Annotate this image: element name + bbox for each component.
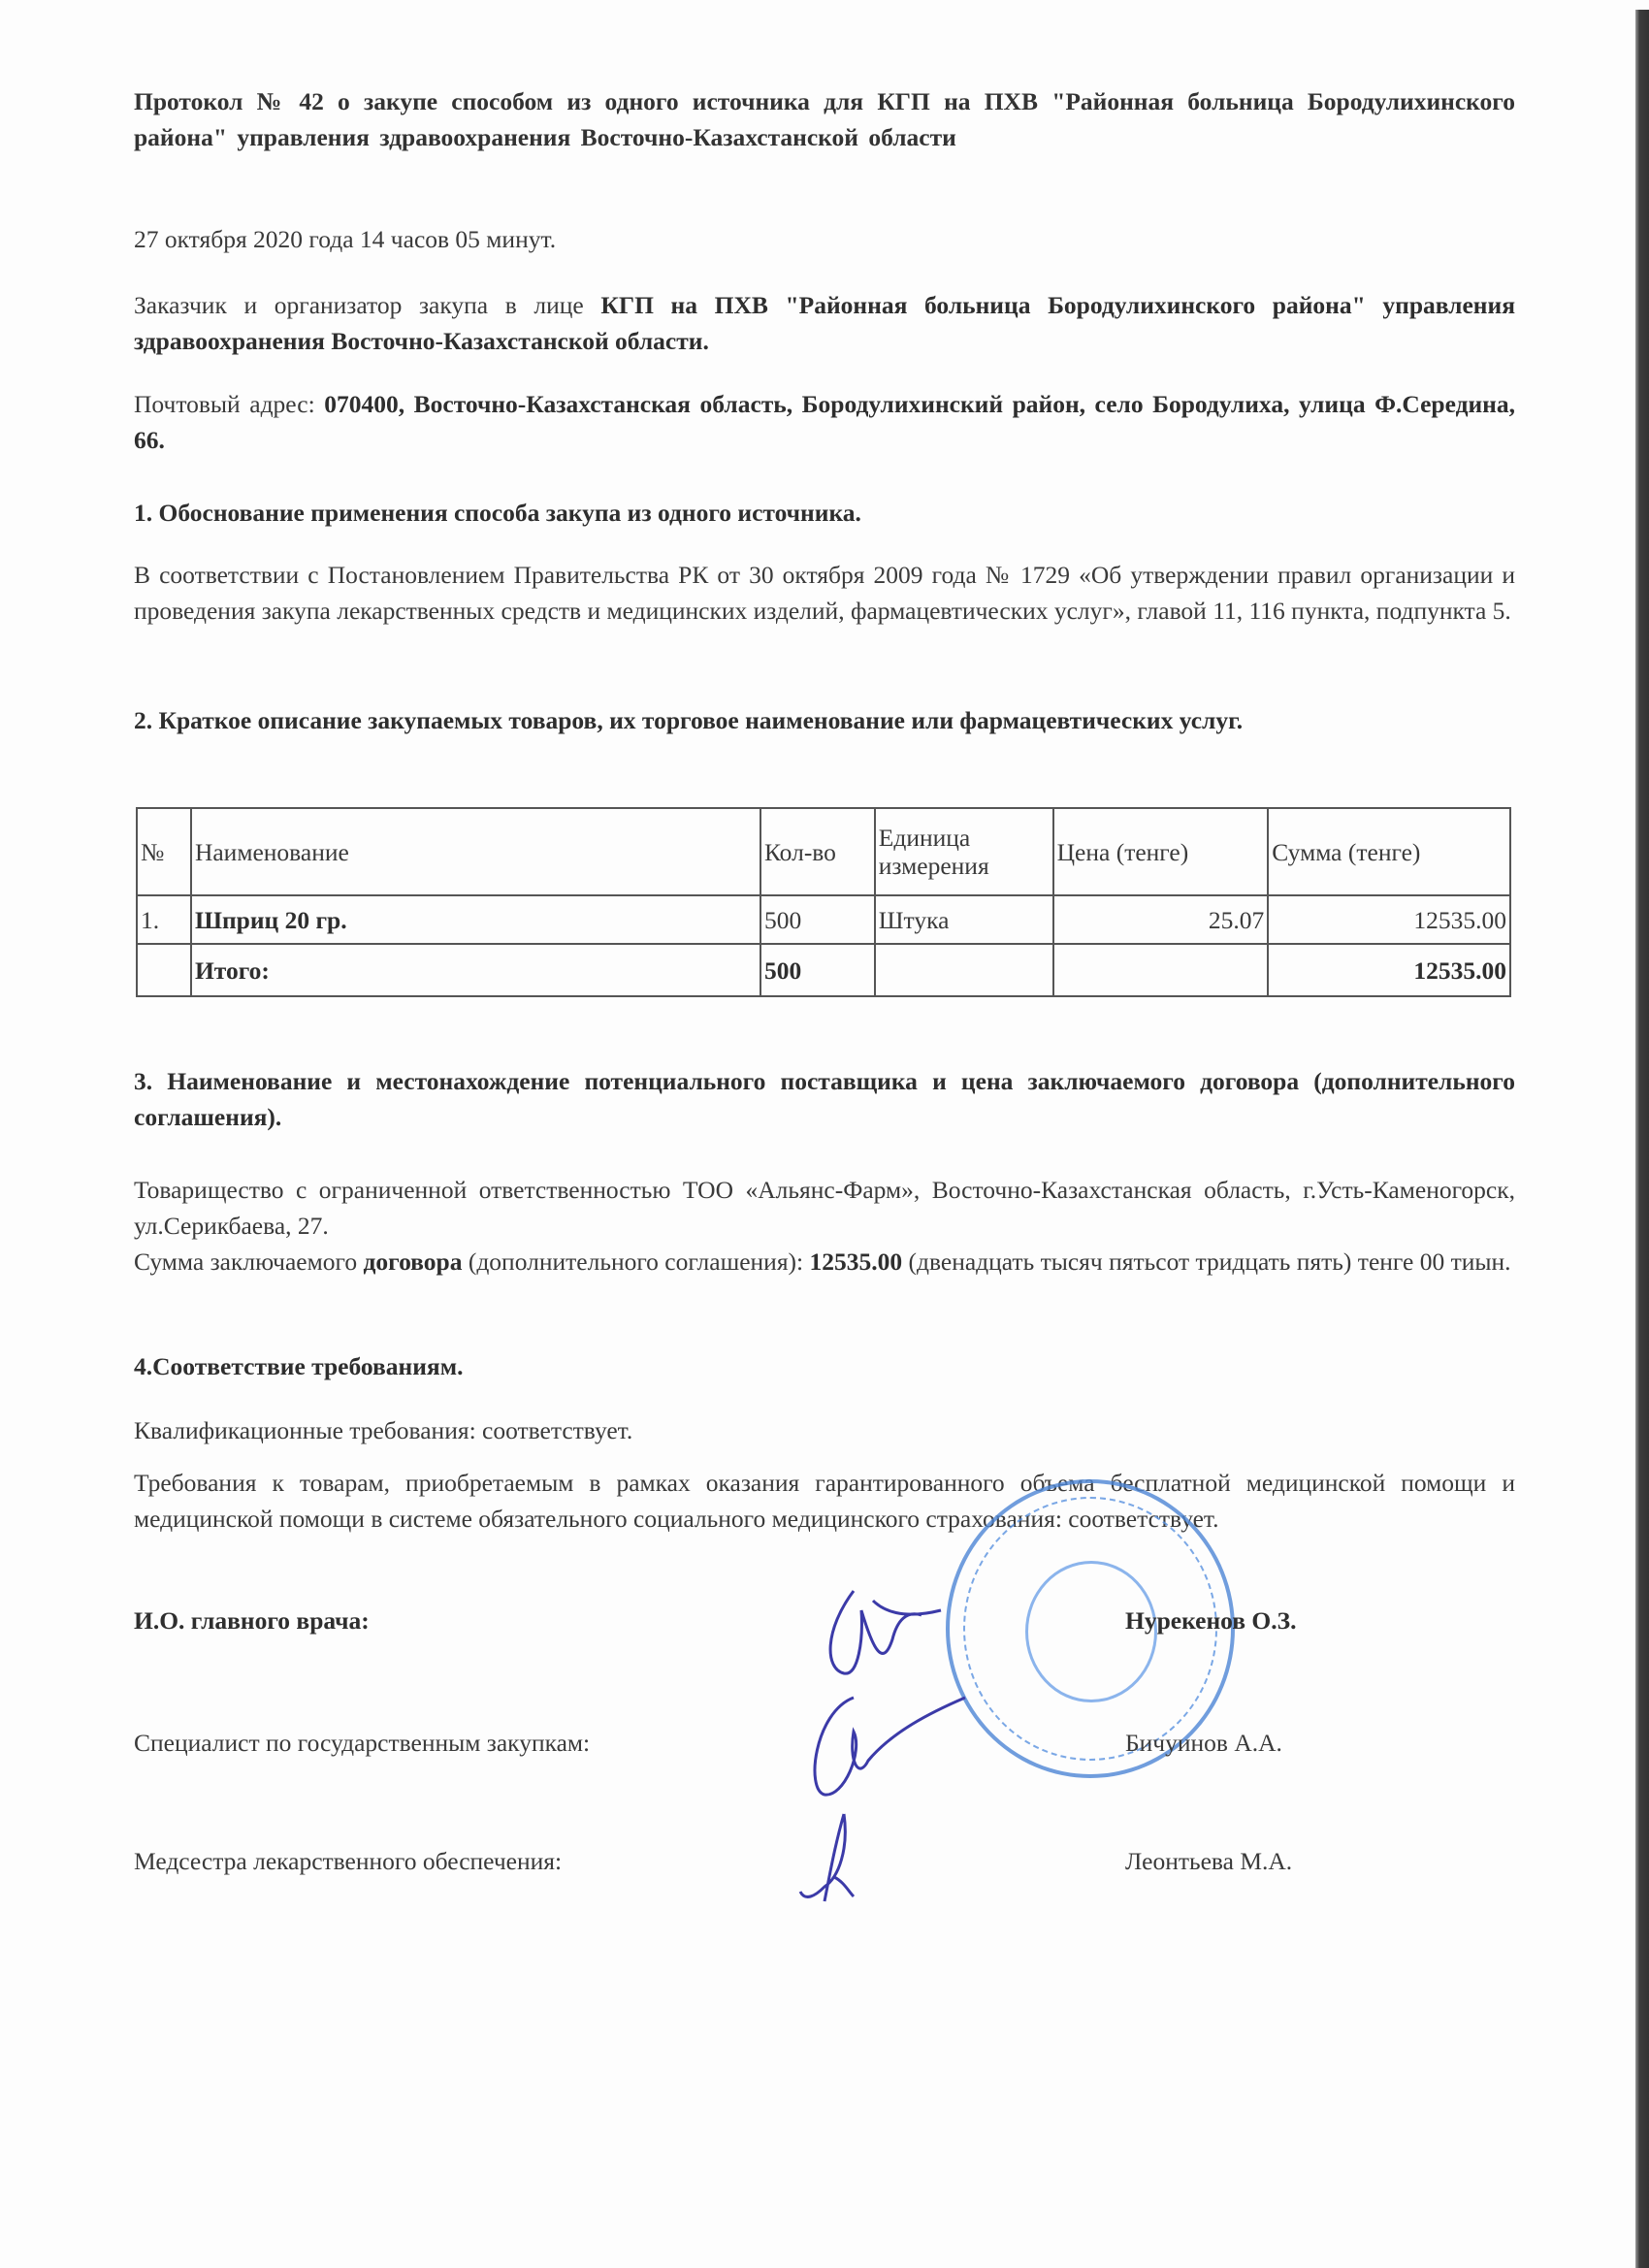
- sum-value: 12535.00: [810, 1247, 903, 1276]
- table-row: 1. Шприц 20 гр. 500 Штука 25.07 12535.00: [137, 895, 1510, 944]
- customer-paragraph: Заказчик и организатор закупа в лице КГП…: [134, 287, 1515, 359]
- cell-name: Шприц 20 гр.: [191, 895, 760, 944]
- address-paragraph: Почтовый адрес: 070400, Восточно-Казахст…: [134, 386, 1515, 458]
- address-value: 070400, Восточно-Казахстанская область, …: [134, 390, 1515, 454]
- section4-heading: 4.Соответствие требованиям.: [134, 1348, 1515, 1384]
- cell-no: 1.: [137, 895, 191, 944]
- table-header-row: № Наименование Кол-во Единица измерения …: [137, 808, 1510, 895]
- contract-sum-paragraph: Сумма заключаемого договора (дополнитель…: [134, 1244, 1515, 1280]
- items-table: № Наименование Кол-во Единица измерения …: [136, 807, 1511, 997]
- signature-name-nurse: Леонтьева М.А.: [1125, 1843, 1292, 1879]
- section1-text: В соответствии с Постановлением Правител…: [134, 557, 1515, 629]
- cell-sum: 12535.00: [1268, 895, 1510, 944]
- handwritten-signature-icon: [805, 1693, 970, 1799]
- handwritten-signature-icon: [795, 1809, 873, 1906]
- sum-middle: (дополнительного соглашения):: [462, 1247, 809, 1276]
- total-price: [1053, 944, 1269, 996]
- cell-qty: 500: [760, 895, 875, 944]
- signature-role-chief: И.О. главного врача:: [134, 1603, 370, 1638]
- signature-name-chief: Нурекенов О.З.: [1125, 1603, 1296, 1638]
- header-no: №: [137, 808, 191, 895]
- total-label: Итого:: [191, 944, 760, 996]
- cell-unit: Штука: [875, 895, 1053, 944]
- section3-heading: 3. Наименование и местонахождение потенц…: [134, 1063, 1515, 1135]
- section1-heading: 1. Обоснование применения способа закупа…: [134, 495, 1515, 531]
- document-title: Протокол № 42 о закупе способом из одног…: [134, 83, 1515, 155]
- table-total-row: Итого: 500 12535.00: [137, 944, 1510, 996]
- header-name: Наименование: [191, 808, 760, 895]
- signature-role-procurement: Специалист по государственным закупкам:: [134, 1725, 716, 1761]
- total-qty: 500: [760, 944, 875, 996]
- total-sum: 12535.00: [1268, 944, 1510, 996]
- customer-prefix: Заказчик и организатор закупа в лице: [134, 291, 600, 319]
- sum-bold-word: договора: [363, 1247, 462, 1276]
- header-price: Цена (тенге): [1053, 808, 1269, 895]
- signature-name-procurement: Бичуинов А.А.: [1125, 1725, 1282, 1761]
- header-sum: Сумма (тенге): [1268, 808, 1510, 895]
- document-datetime: 27 октября 2020 года 14 часов 05 минут.: [134, 221, 1515, 257]
- total-unit: [875, 944, 1053, 996]
- qualification-text: Квалификационные требования: соответству…: [134, 1412, 1515, 1448]
- signature-role-nurse: Медсестра лекарственного обеспечения:: [134, 1843, 562, 1879]
- supplier-text: Товарищество с ограниченной ответственно…: [134, 1172, 1515, 1244]
- sum-words: (двенадцать тысяч пятьсот тридцать пять)…: [902, 1247, 1510, 1276]
- address-prefix: Почтовый адрес:: [134, 390, 324, 418]
- goods-requirements-text: Требования к товарам, приобретаемым в ра…: [134, 1465, 1515, 1537]
- supplier-paragraph: Товарищество с ограниченной ответственно…: [134, 1172, 1515, 1280]
- header-unit: Единица измерения: [875, 808, 1053, 895]
- scan-page-edge: [1635, 10, 1649, 2268]
- handwritten-signature-icon: [815, 1581, 951, 1688]
- sum-prefix: Сумма заключаемого: [134, 1247, 363, 1276]
- total-no: [137, 944, 191, 996]
- header-qty: Кол-во: [760, 808, 875, 895]
- section2-heading: 2. Краткое описание закупаемых товаров, …: [134, 702, 1515, 738]
- cell-price: 25.07: [1053, 895, 1269, 944]
